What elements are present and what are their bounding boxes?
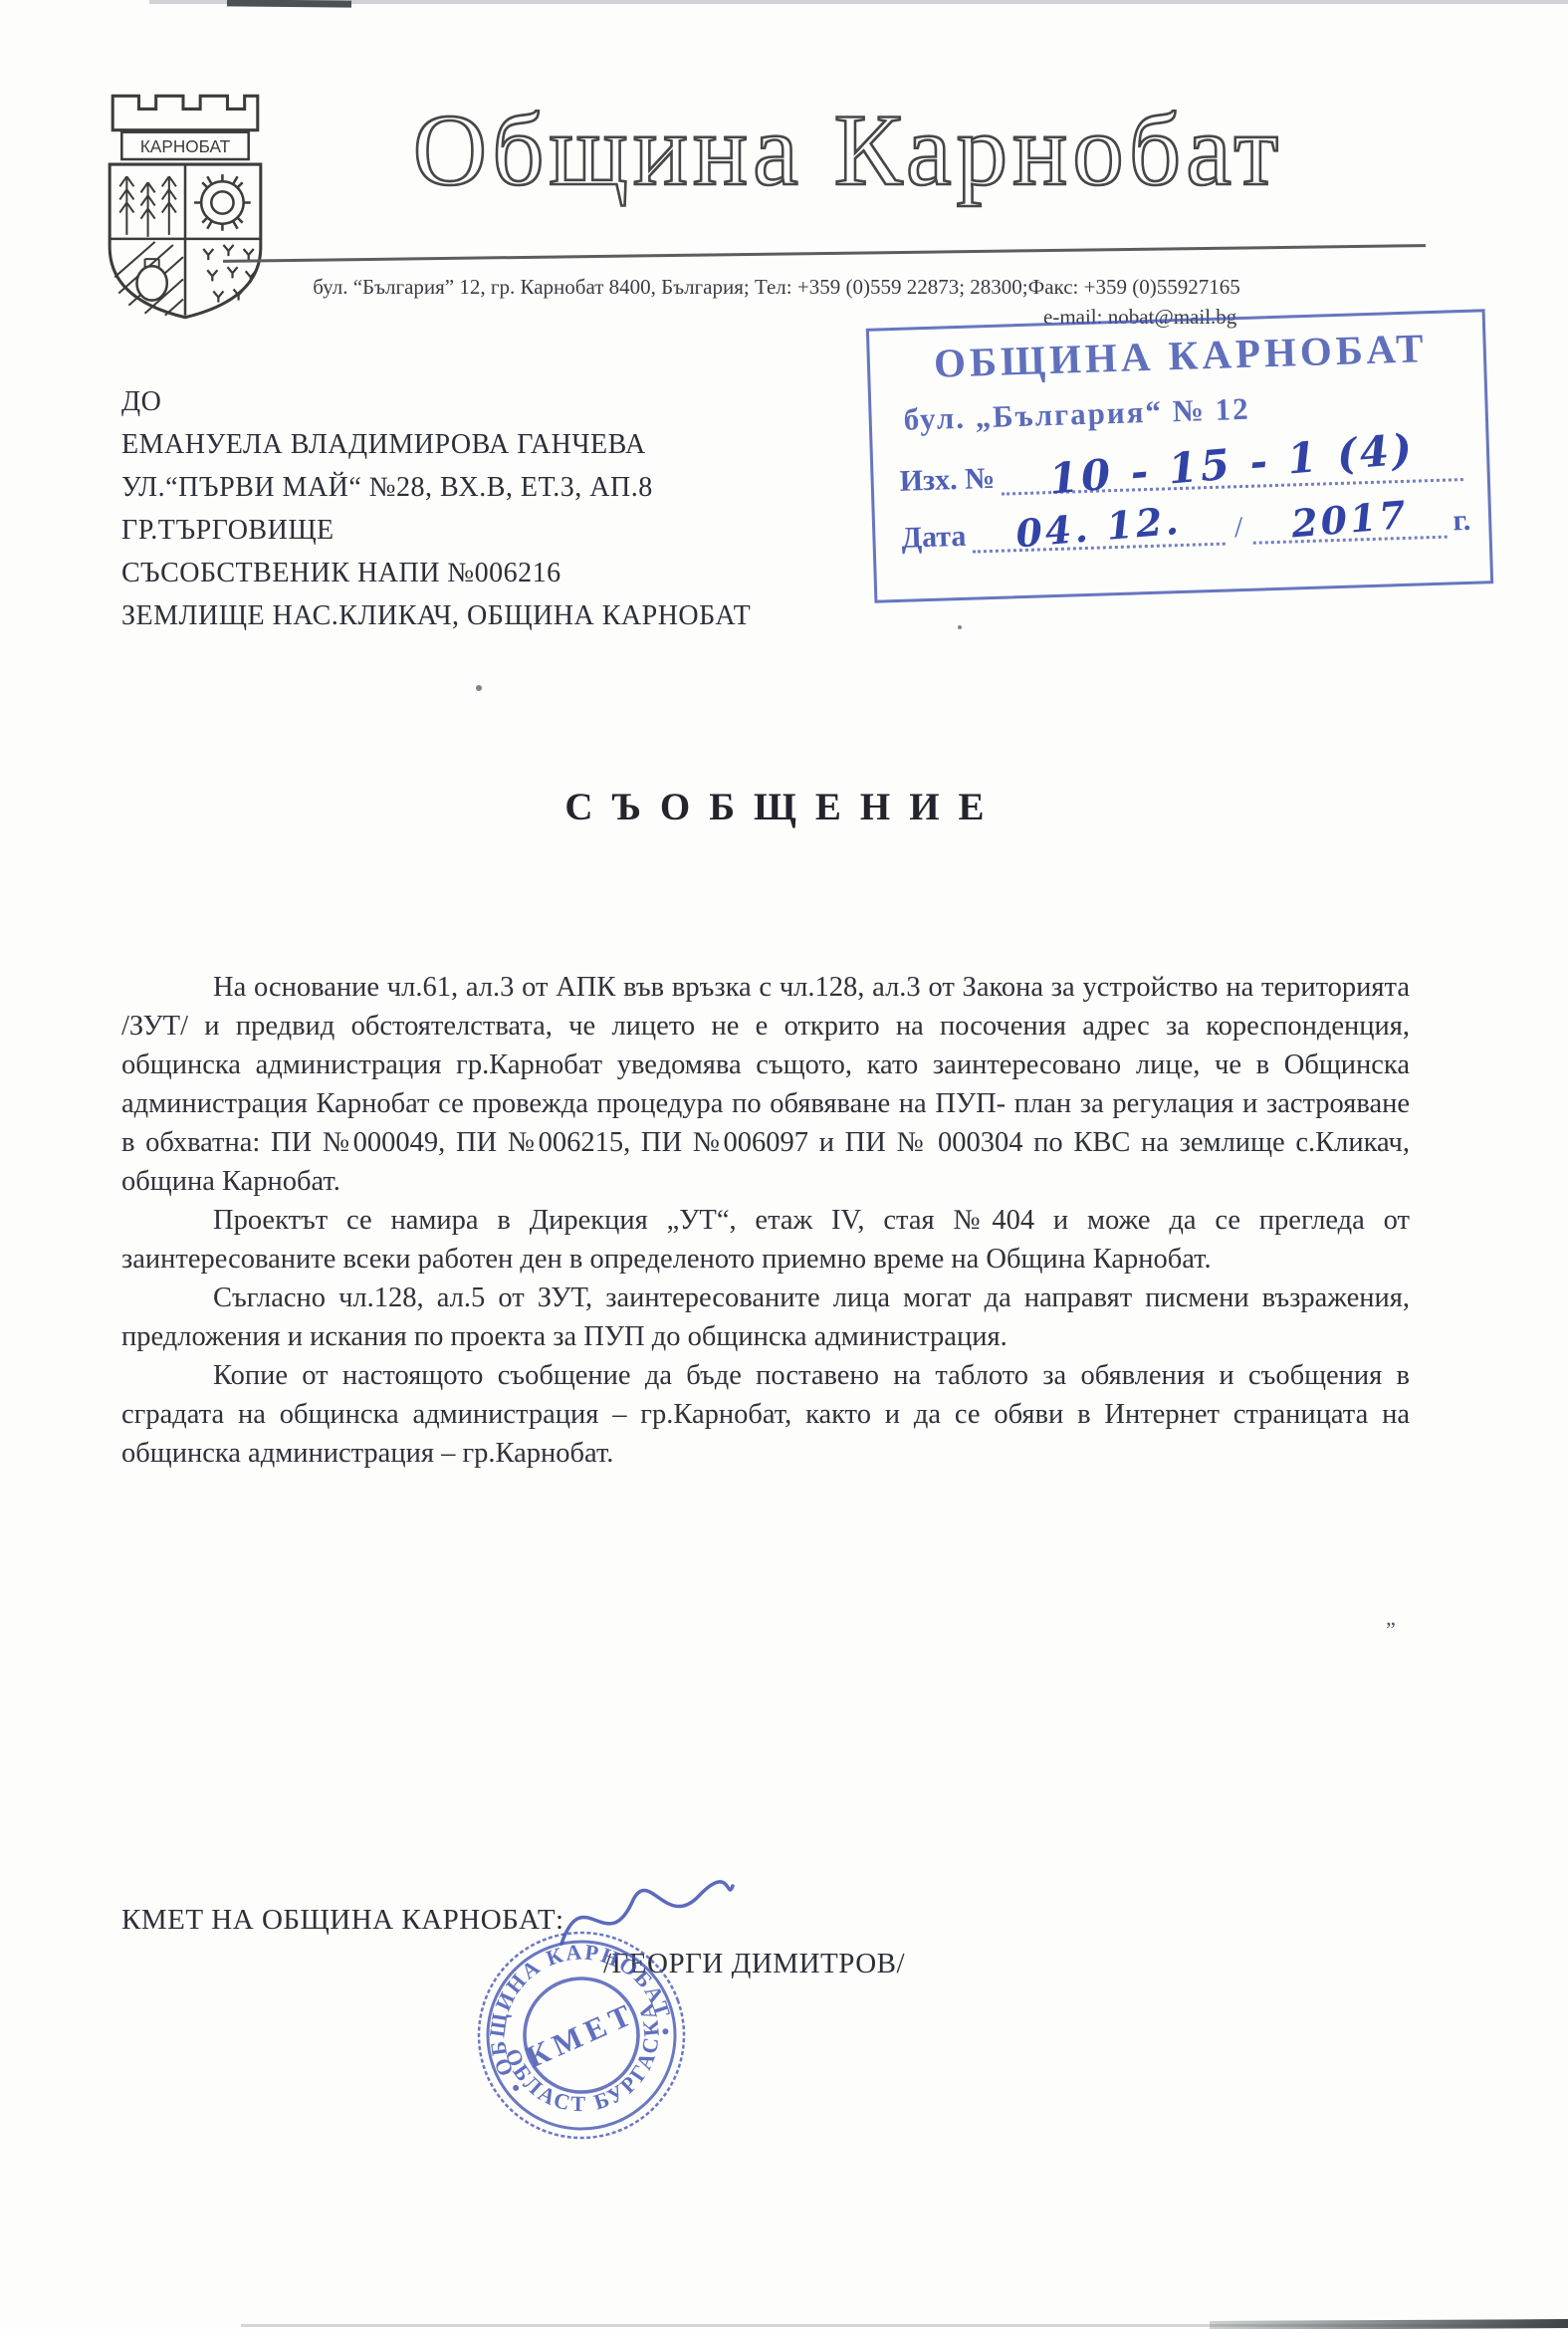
municipality-title: Община Карнобат [271,92,1426,209]
logo-banner-label: КАРНОБАТ [140,136,231,156]
stamp-center-text: КМЕТ [521,1995,641,2075]
paragraph: На основание чл.61, ал.3 от АПК във връз… [121,968,1410,1201]
paragraph: Копие от настоящото съобщение да бъде по… [121,1356,1410,1473]
ink-speck [476,685,482,691]
recipient-line: ЕМАНУЕЛА ВЛАДИМИРОВА ГАНЧЕВА [121,423,751,466]
recipient-line: ЗЕМЛИЩЕ НАС.КЛИКАЧ, ОБЩИНА КАРНОБАТ [121,594,751,637]
recipient-line: СЪСОБСТВЕНИК НАПИ №006216 [121,552,751,594]
stamp-year-suffix: г. [1453,504,1471,539]
header-address: бул. “България” 12, гр. Карнобат 8400, Б… [234,275,1319,300]
stamp-ref-value-handwritten: 10 - 15 - 1 (4) [1047,428,1416,501]
recipient-line: ГР.ТЪРГОВИЩЕ [121,509,751,552]
stamp-date-value-handwritten: 04. 12. [1014,502,1183,554]
pen-mark: ” [1386,1617,1396,1643]
stamp-date-separator: / [1233,511,1242,545]
stamp-date-row: Дата 04. 12. / 2017 г. [901,497,1471,556]
paragraph: Съгласно чл.128, ал.5 от ЗУТ, заинтересо… [121,1279,1410,1356]
stamp-ref-label: Изх. № [899,462,996,499]
scan-edge-top [149,0,1568,4]
registry-stamp-box: ОБЩИНА КАРНОБАТ бул. „България“ № 12 Изх… [866,309,1493,602]
stamp-municipality: ОБЩИНА КАРНОБАТ [895,323,1465,388]
recipient-line: ДО [121,380,751,423]
scanned-letter-page: ” [0,0,1568,2329]
scan-edge-top-dark [227,0,351,8]
body-text: На основание чл.61, ал.3 от АПК във връз… [121,968,1410,1473]
stamp-year-handwritten: 2017 [1289,496,1410,544]
paragraph: Проектът се намира в Дирекция „УТ“, етаж… [121,1201,1410,1279]
stamp-date-label: Дата [901,520,967,556]
recipient-block: ДО ЕМАНУЕЛА ВЛАДИМИРОВА ГАНЧЕВА УЛ.“ПЪРВ… [121,380,751,637]
header-rule [223,244,1426,263]
document-title: СЪОБЩЕНИЕ [0,785,1568,829]
ink-speck [958,625,962,629]
scan-edge-bottom-dark [1210,2319,1568,2329]
stamp-ref-row: Изх. № 10 - 15 - 1 (4) [899,436,1469,499]
recipient-line: УЛ.“ПЪРВИ МАЙ“ №28, ВХ.В, ЕТ.3, АП.8 [121,466,751,509]
